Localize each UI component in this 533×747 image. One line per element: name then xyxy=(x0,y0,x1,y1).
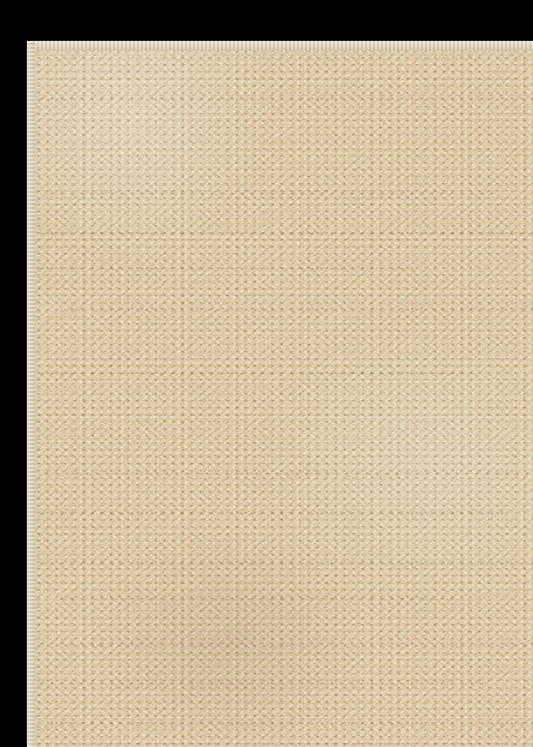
fiber-stripe xyxy=(27,371,473,376)
jute-rug xyxy=(27,41,533,747)
fiber-stripe xyxy=(47,721,533,726)
fiber-stripe xyxy=(27,561,533,566)
rug-left-binding xyxy=(27,41,35,747)
fiber-stripe xyxy=(27,266,413,271)
fiber-stripe xyxy=(27,511,503,516)
fiber-stripe xyxy=(27,641,533,646)
fiber-stripe xyxy=(27,231,533,236)
fiber-stripe xyxy=(57,596,453,601)
fiber-stripe xyxy=(42,471,533,476)
fiber-stripe xyxy=(47,191,493,196)
fiber-stripe xyxy=(37,96,533,101)
rug-top-binding xyxy=(27,41,533,51)
product-photo xyxy=(0,0,533,747)
fiber-stripe xyxy=(67,306,533,311)
fiber-stripe xyxy=(27,681,483,686)
